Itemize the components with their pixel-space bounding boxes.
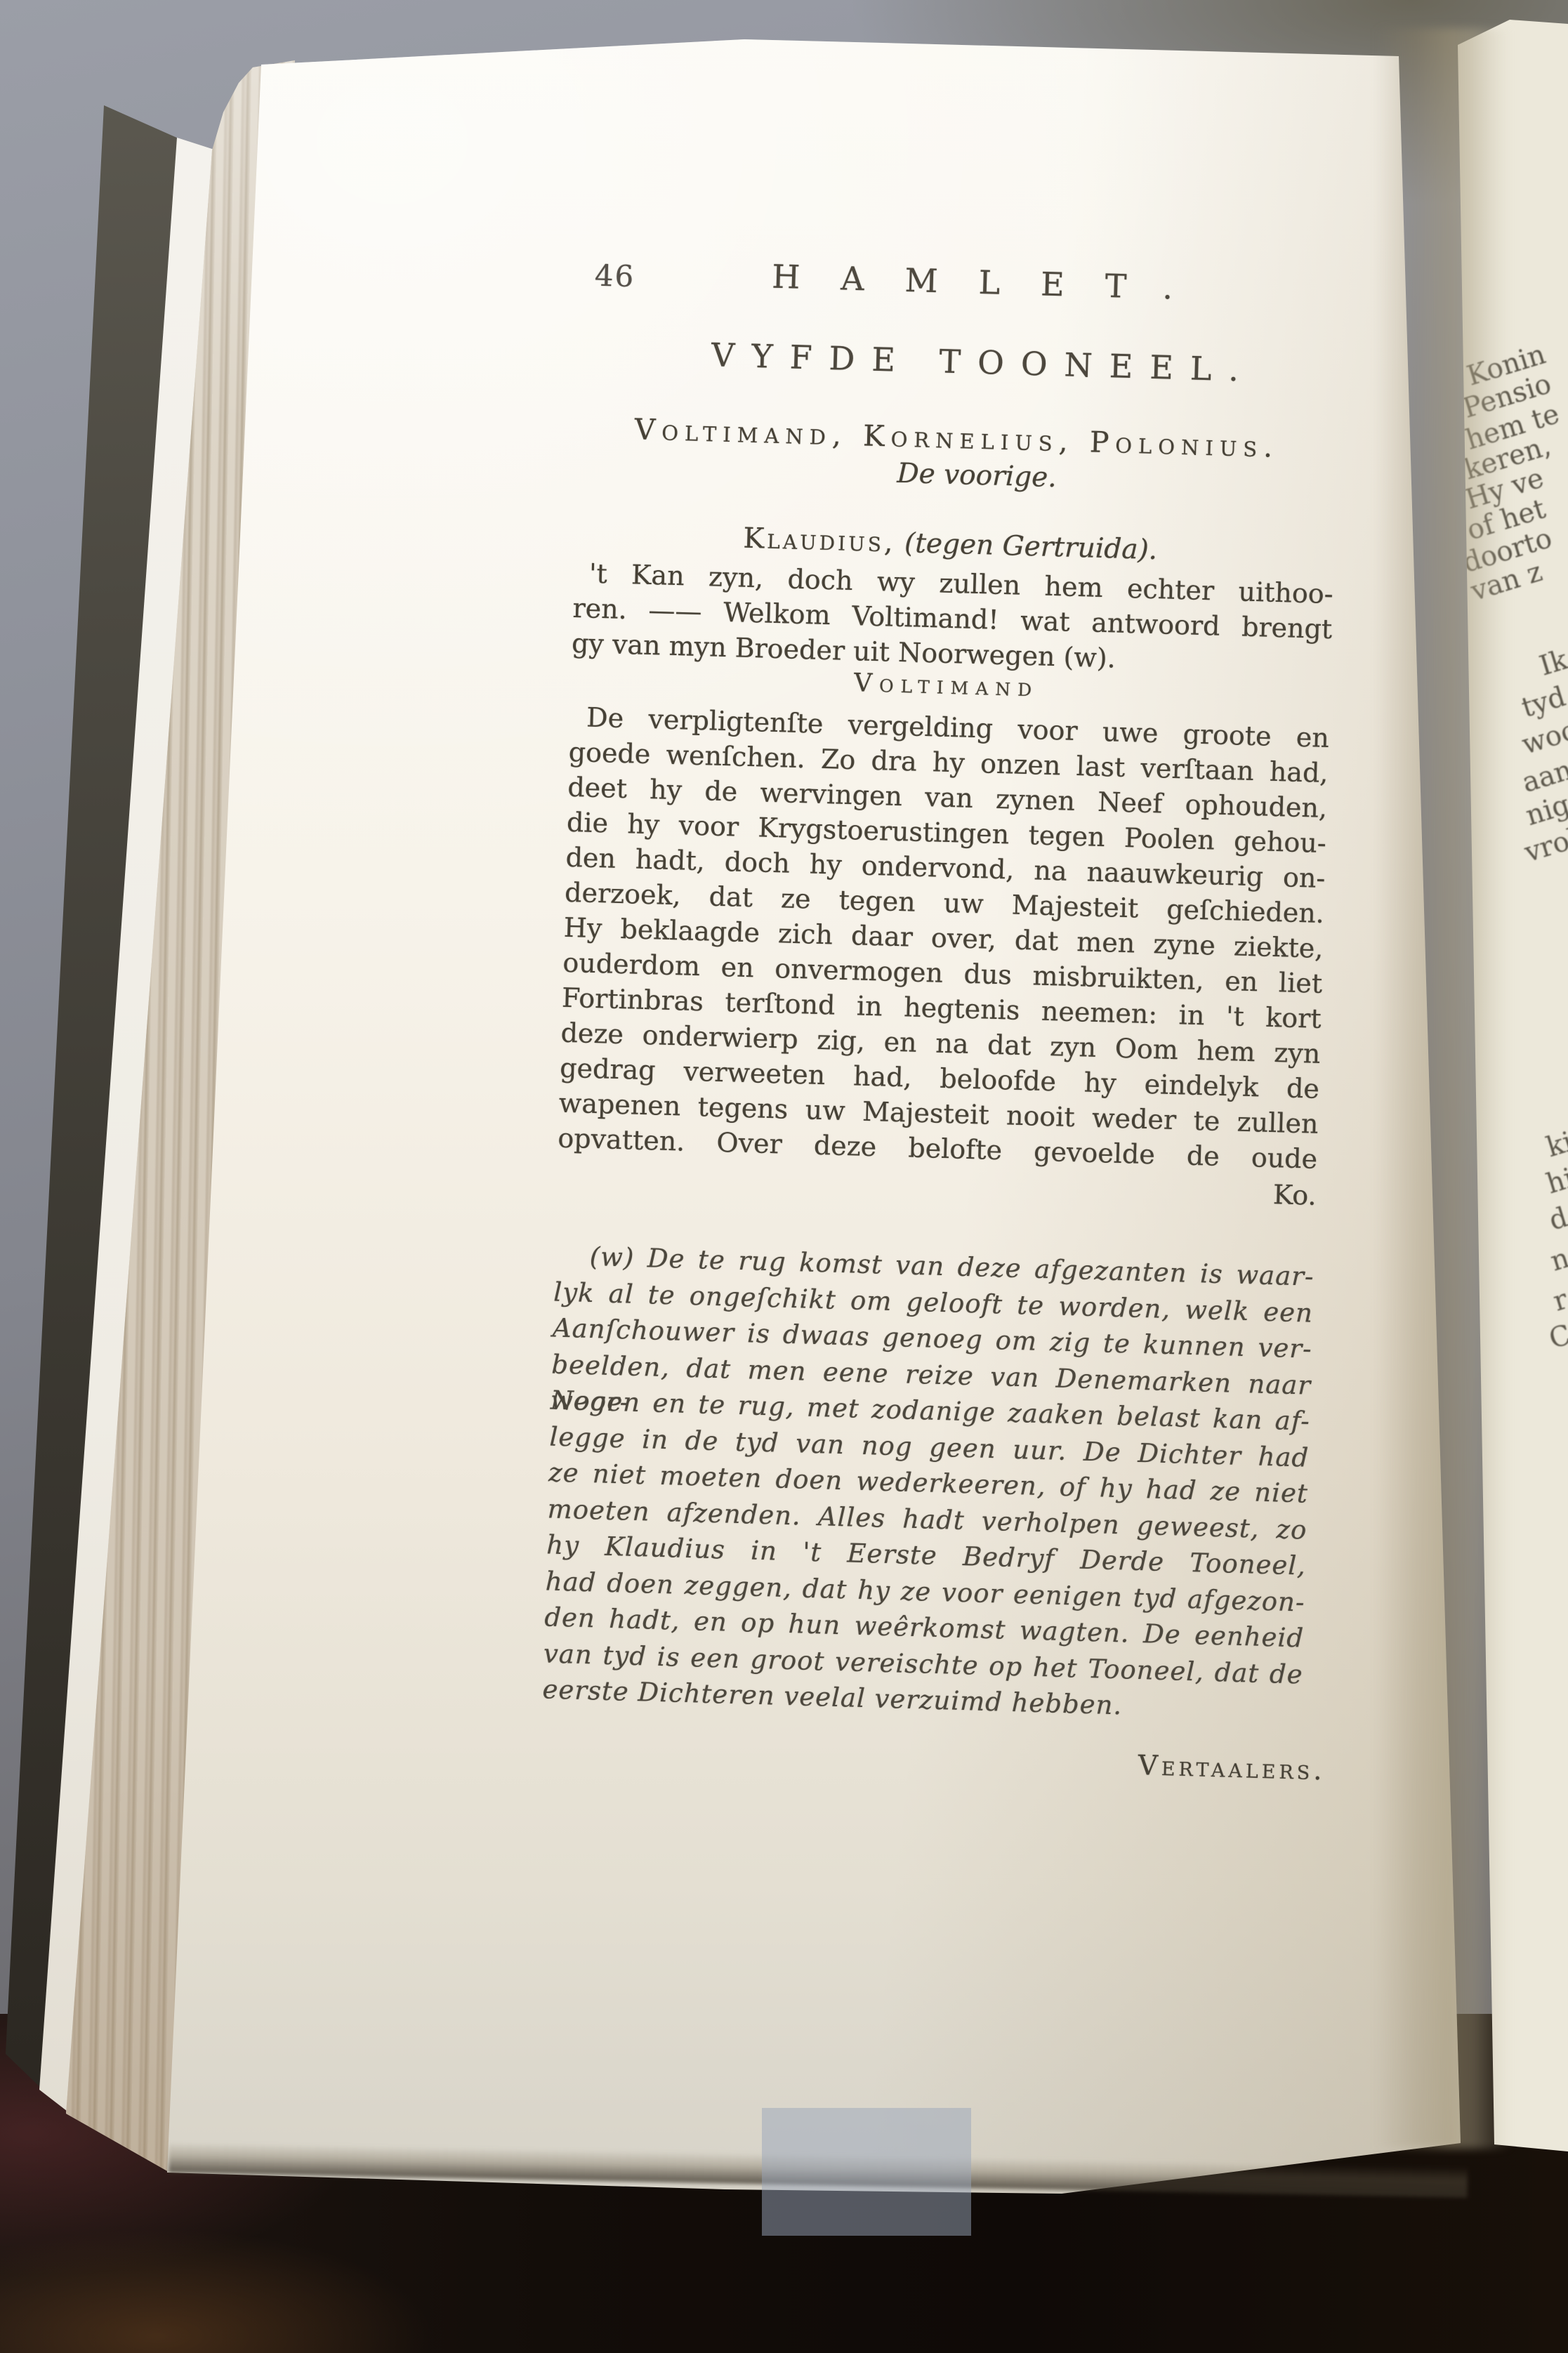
speech-voltimand: De verpligtenſte vergelding voor uwe gro…	[558, 699, 1330, 1177]
gutter-shadow	[1375, 28, 1512, 2149]
footnote: (w) De te rug komst van deze afgezanten …	[542, 1238, 1315, 1729]
page-number: 46	[594, 258, 635, 294]
page-text: 46 HAMLET. VYFDE TOONEEL. Voltimand, Kor…	[508, 246, 1362, 1953]
next-page-text-fragment: vrol	[1521, 823, 1568, 869]
speech-klaudius: 't Kan zyn, doch wy zullen hem echter ui…	[572, 555, 1334, 682]
scene-heading: VYFDE TOONEEL.	[650, 334, 1317, 391]
next-page-text-fragment: d	[1546, 1201, 1568, 1237]
next-page-text-fragment: C	[1546, 1319, 1568, 1356]
next-page-text-fragment: ki	[1543, 1126, 1568, 1164]
speaker-name: Klaudius,	[743, 522, 897, 559]
next-page-text-fragment: r	[1550, 1284, 1568, 1317]
open-book-photo: KoninPensiohem tekeren,Hy veof hetdoorto…	[0, 0, 1568, 2353]
next-page-text-fragment: hi	[1543, 1162, 1568, 1200]
next-page-text-fragment: Ik	[1536, 644, 1568, 682]
overlay-patch	[762, 2108, 971, 2236]
footnote-signature: Vertaalers.	[541, 1733, 1326, 1786]
next-page-text-fragment: n	[1547, 1242, 1568, 1277]
stage-direction: (tegen Gertruida).	[904, 527, 1158, 566]
